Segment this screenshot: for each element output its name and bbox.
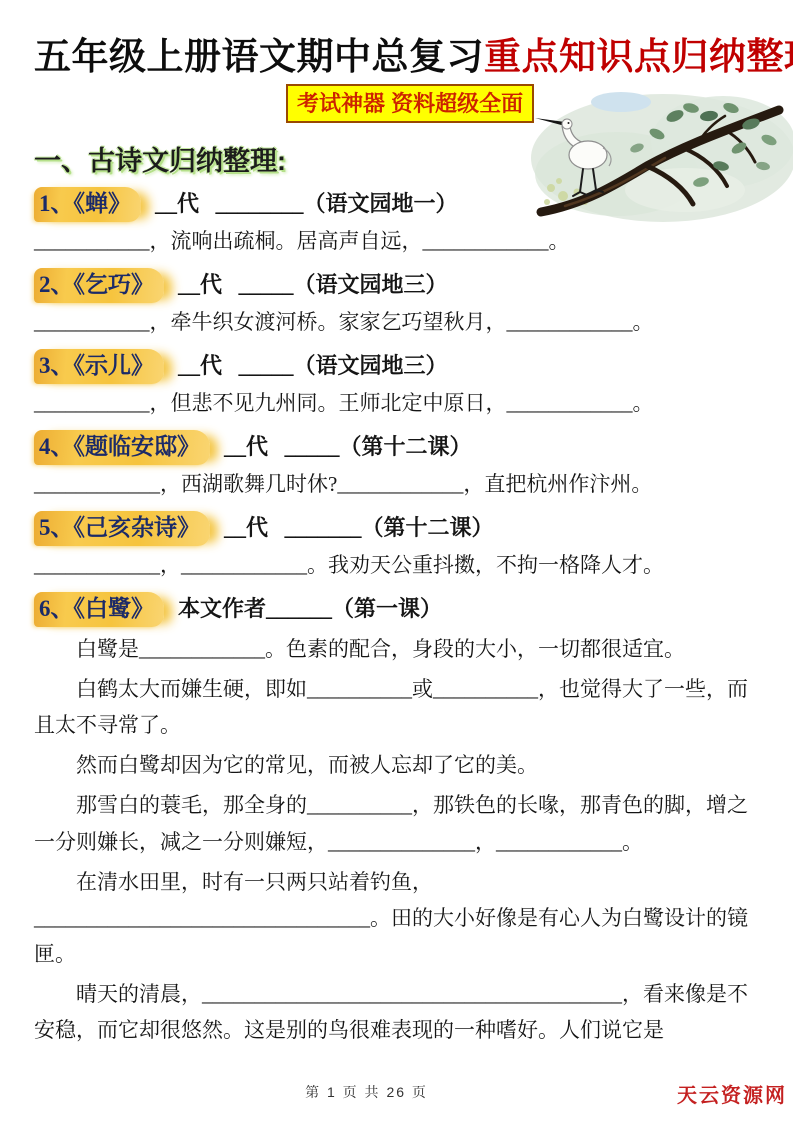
poem-number-title: 2、《乞巧》: [34, 268, 164, 303]
poem-head: 6、《白鹭》本文作者______（第一课）: [34, 592, 759, 627]
essay-paragraph: 然而白鹭却因为它的常见，而被人忘却了它的美。: [34, 747, 759, 783]
worksheet-page: 五年级上册语文期中总复习重点知识点归纳整理 考试神器 资料超级全面: [0, 0, 793, 1048]
poem-number-title: 3、《示儿》: [34, 349, 164, 384]
poem-meta: __代 _____（语文园地三）: [178, 353, 448, 378]
poem-item-5: 5、《己亥杂诗》__代 _______（第十二课） ____________，_…: [34, 511, 759, 583]
poem-fill-line: ___________，流响出疏桐。居高声自远，____________。: [34, 225, 759, 259]
site-watermark: 天云资源网: [677, 1079, 787, 1108]
poem-head: 2、《乞巧》__代 _____（语文园地三）: [34, 268, 759, 303]
poem-number-title: 5、《己亥杂诗》: [34, 511, 210, 546]
poem-head: 5、《己亥杂诗》__代 _______（第十二课）: [34, 511, 759, 546]
poem-fill-line: ____________，西湖歌舞几时休?____________，直把杭州作汴…: [34, 468, 759, 502]
essay-paragraph: 那雪白的蓑毛，那全身的__________，那铁色的长喙，那青色的脚，增之一分则…: [34, 787, 759, 859]
poem-meta: __代 _______（第十二课）: [224, 515, 494, 540]
poem-meta: __代 ________（语文园地一）: [155, 191, 458, 216]
poem-number-title: 1、《蝉》: [34, 187, 141, 222]
poem-number-title: 6、《白鹭》: [34, 592, 164, 627]
page-title: 五年级上册语文期中总复习重点知识点归纳整理: [34, 26, 759, 80]
poem-item-6: 6、《白鹭》本文作者______（第一课）: [34, 592, 759, 627]
poem-meta: 本文作者______（第一课）: [178, 596, 442, 621]
poem-head: 3、《示儿》__代 _____（语文园地三）: [34, 349, 759, 384]
essay-paragraph: 晴天的清晨，__________________________________…: [34, 976, 759, 1048]
poem-number-title: 4、《题临安邸》: [34, 430, 210, 465]
poem-fill-line: ___________，但悲不见九州同。王师北定中原日，____________…: [34, 387, 759, 421]
poem-item-4: 4、《题临安邸》__代 _____（第十二课） ____________，西湖歌…: [34, 430, 759, 502]
egret-watercolor-illustration: [525, 82, 793, 226]
essay-paragraph: 白鹭是____________。色素的配合，身段的大小，一切都很适宜。: [34, 631, 759, 667]
poem-item-3: 3、《示儿》__代 _____（语文园地三） ___________，但悲不见九…: [34, 349, 759, 421]
essay-excerpt: 白鹭是____________。色素的配合，身段的大小，一切都很适宜。 白鹤太大…: [34, 631, 759, 1048]
poem-meta: __代 _____（语文园地三）: [178, 272, 448, 297]
poem-fill-line: ____________，____________。我劝天公重抖擞，不拘一格降人…: [34, 549, 759, 583]
exam-badge: 考试神器 资料超级全面: [286, 84, 534, 123]
poem-item-2: 2、《乞巧》__代 _____（语文园地三） ___________，牵牛织女渡…: [34, 268, 759, 340]
poem-fill-line: ___________，牵牛织女渡河桥。家家乞巧望秋月，____________…: [34, 306, 759, 340]
title-black-part: 五年级上册语文期中总复习: [34, 36, 484, 77]
essay-paragraph: 在清水田里，时有一只两只站着钓鱼，_______________________…: [34, 864, 759, 972]
poem-head: 4、《题临安邸》__代 _____（第十二课）: [34, 430, 759, 465]
essay-paragraph: 白鹤太大而嫌生硬，即如__________或__________，也觉得大了一些…: [34, 671, 759, 743]
footer-page-number: 第 1 页 共 26 页: [0, 1082, 733, 1102]
poem-meta: __代 _____（第十二课）: [224, 434, 472, 459]
title-red-part: 重点知识点归纳整理: [484, 36, 793, 77]
